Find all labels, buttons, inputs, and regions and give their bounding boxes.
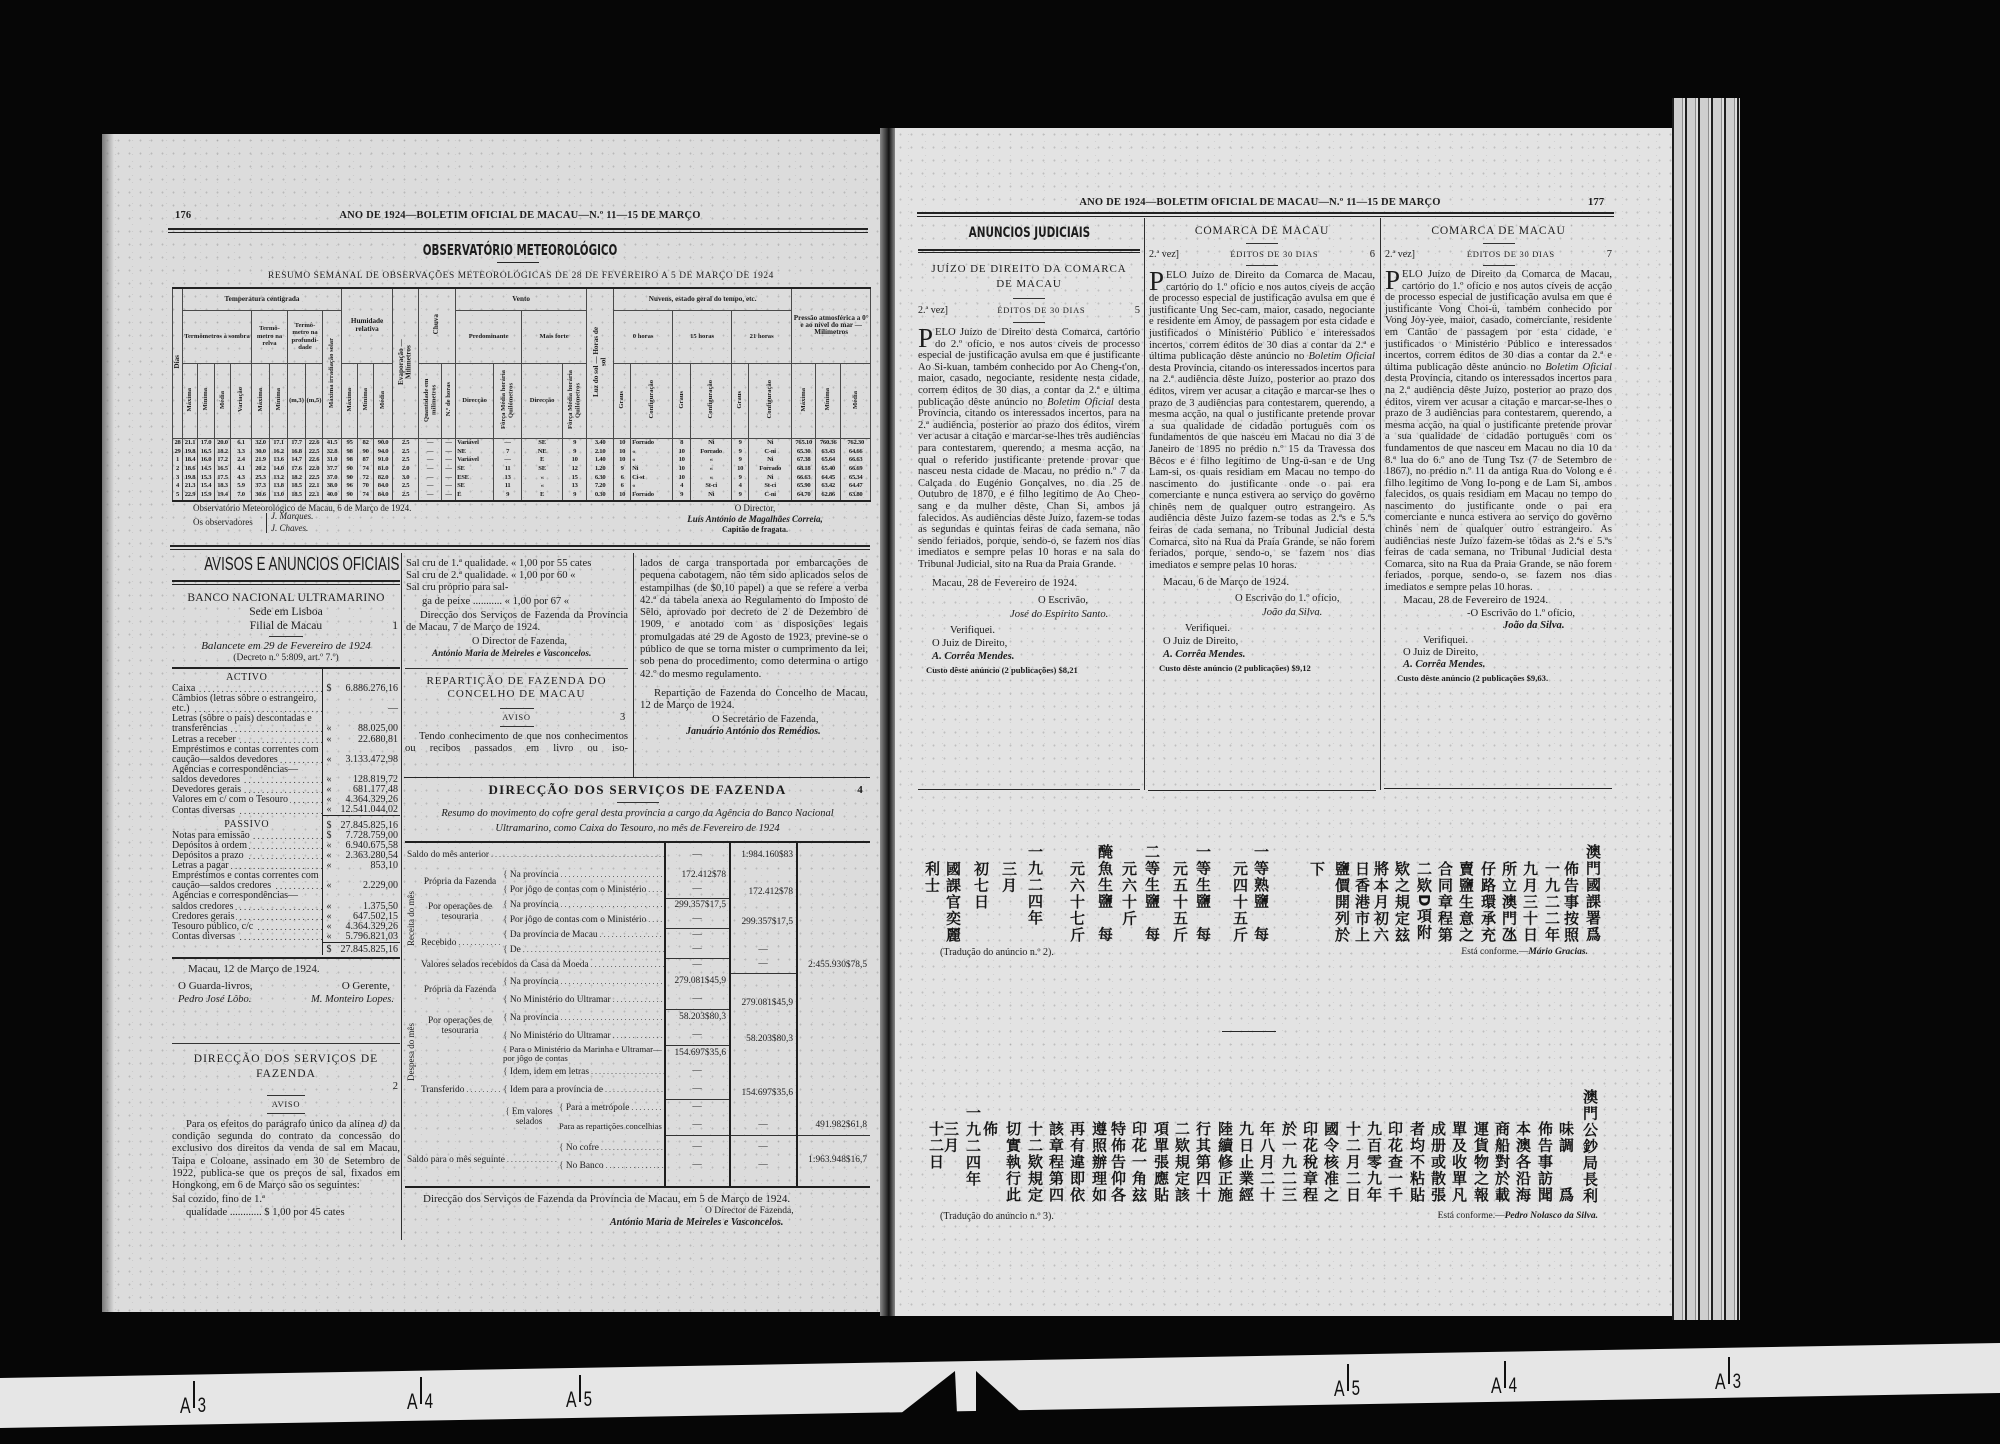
treasury-table: Saldo do mês anterior — 1:984.160$83 Rec… [405,841,870,1188]
chinese-text-column: 三月 [943,1121,959,1154]
header-label: Chuva [433,314,440,334]
meteo-cell: 10 [673,465,691,474]
ledger-label: Empréstimos e contas correntes com cauçã… [172,871,322,891]
meteo-cell: 66.63 [792,474,816,483]
meteo-cell: 12 [563,465,587,474]
ledger-label-text: Valores em c/ com o Tesouro [172,795,290,805]
ledger-label: Depósitos à ordem [172,841,322,851]
meteo-cell: 2.5 [393,491,419,501]
ledger-amount: 1.375,50 [334,891,400,911]
amount-a: — [665,1117,730,1135]
item-label: Da província de Macau [501,928,665,943]
frame-digit: 3 [1732,1374,1740,1390]
place-date: Macau, 28 de Fevereiro de 1924. [918,576,1140,590]
meteo-cell: 94.0 [374,448,393,457]
bookkeeper-name: Pedro José Lôbo. [178,993,251,1006]
header-luz-sol: Luz do sol — Horas de sol [587,288,614,438]
meteo-cell: 65.30 [792,448,816,457]
header-rule [917,212,1614,217]
balance-title: Balancete em 29 de Fevereiro de 1924 [172,640,400,652]
passivo-total: 27.845.825,16 [334,942,400,955]
meteo-cell: « [631,482,673,491]
meteo-cell: St-ci [691,482,732,491]
meteo-cell: 1.40 [587,456,614,465]
meteo-cell: 22.1 [306,491,323,501]
treasury-summary: DIRECÇÃO DOS SERVIÇOS DE FAZENDA 4 Resum… [405,781,870,1229]
certifier-name: Pedro Nolasco da Silva. [1505,1211,1598,1221]
rule [1148,790,1376,791]
court-title: COMARCA DE MACAU [1149,222,1375,240]
treasury-subtitle: Resumo do movimento do cofre geral desta… [405,806,870,841]
frame-digit: 5 [583,1392,591,1408]
meteo-cell: 4 [732,482,749,491]
header-sombra: Termômetros à sombra [183,310,252,363]
meteo-cell: 38.0 [323,482,342,491]
amount-b [730,928,797,943]
meteo-cell: 4.1 [231,465,252,474]
meteo-cell: 96 [342,482,358,491]
signatory-title: O Secretário de Fazenda, [640,714,868,727]
chinese-text-column: 初七日 [973,861,989,911]
chinese-text-column: 二欵D項附 [1416,861,1432,941]
item-label: Por jôgo de contas com o Ministério [501,883,665,898]
notice-body: Tendo conhecimento de que nos conhecimen… [405,731,628,755]
meteo-cell: 2.5 [393,438,419,447]
meteo-cell: 98 [342,456,358,465]
rule [172,957,400,959]
meteo-cell: 90.0 [374,438,393,447]
meteo-cell: « [691,474,732,483]
meteo-cell: 1.20 [587,465,614,474]
certification-line: Está conforme.—Pedro Nolasco da Silva. [1360,1211,1598,1221]
ledger-currency: $ [322,684,334,694]
meteo-cell: 765.10 [792,438,816,447]
meteo-cell: 32.8 [323,448,342,457]
place-date: Repartição de Fazenda do Concelho de Mac… [640,687,868,712]
meteo-cell: 74 [358,491,374,501]
body-emphasis: d) [378,1119,387,1130]
mini-rule [500,708,534,709]
frame-label: A5 [564,1375,593,1408]
chinese-text-column: 三月 [1001,861,1017,894]
ledger-currency: « [322,932,334,943]
chinese-text-column: 印花查一千 [1387,1121,1403,1204]
judicial-notice-5: ANUNCIOS JUDICIAIS JUÍZO DE DIREITO DA C… [918,221,1140,677]
judge-title: O Juiz de Direito, [918,637,1140,650]
meteo-cell: 3.40 [587,438,614,447]
meteo-cell: 20.2 [252,465,270,474]
item-label: Idem para a província de [501,1081,665,1099]
meteo-row: 218.614.516.54.120.214.017.622.037.79074… [173,465,871,474]
ledger-currency: « [322,891,334,911]
bank-place-date: Macau, 12 de Março de 1924. [172,962,400,976]
category-label: Por operações de tesouraria [419,1009,501,1045]
amount-a: 154.697$35,6 [665,1045,730,1063]
amount-b: — [730,1135,797,1161]
body-emphasis: Boletim Oficial [1047,397,1114,408]
meteo-cell: — [442,474,456,483]
notice-body: Para os efeitos do parágrafo único da al… [172,1119,400,1192]
meteo-cell: Forrado [749,465,792,474]
meteo-cell: Variável [456,456,494,465]
amount-c [797,898,870,913]
ledger-label-text: Depósitos a prazo [172,851,246,861]
chinese-text-column: 十二欵規定 [1027,1121,1043,1204]
rule [404,777,870,778]
header-relva: Termô­metro na relva [252,310,288,363]
meteo-cell: 6 [614,474,631,483]
chinese-text-column: 本澳各沿海 [1515,1121,1531,1204]
passivo-rows: Notas para emissão$7.728.759,00Depósitos… [172,831,400,943]
judge-name: A. Corrêa Mendes. [1385,659,1612,671]
meteo-cell: — [419,482,442,491]
header-label: Fôrça Média horária Quilómetros [567,364,582,436]
table-cell [172,942,322,955]
notice-kind-line: AVISO 3 [405,712,628,723]
rule [918,789,1140,790]
chinese-text-column: 一九二四年 [1027,844,1043,927]
notice-meta: 2.ª vez] ÉDITOS DE 30 DIAS 6 [1149,247,1375,262]
director-title: O Director, [655,503,855,514]
meteo-cell: SE [522,438,563,447]
mini-rule [267,1113,305,1114]
amount-a: — [665,883,730,898]
meteo-cell: 9 [732,448,749,457]
ledger-row: Letras (sôbre o país) descontadas e tran… [172,714,400,734]
meteo-cell: 0.30 [587,491,614,501]
signatory-name: Januário António dos Remédios. [640,726,868,738]
ledger-label-text: Letras a pagar [172,861,231,871]
frame-letter: A [1715,1373,1726,1390]
passivo-table: Notas para emissão$7.728.759,00Depósitos… [172,831,400,955]
meteo-cell: 15.3 [198,474,215,483]
ledger-row: Letras a pagar«853,10 [172,861,400,871]
ledger-row: Contas diversas«5.796.821,03 [172,932,400,943]
notice-number: 1 [392,619,398,633]
section-heading: ANUNCIOS JUDICIAIS [918,221,1140,245]
ledger-row: Letras a receber«22.680,81 [172,735,400,745]
ledger-label-text: Empréstimos e contas correntes com cauçã… [172,871,319,891]
meteo-cell: 22.9 [183,491,198,501]
header-label: Máxima [800,388,807,411]
chinese-text-column: 一等熟鹽 每 [1253,844,1269,943]
item-label: Por jôgo de contas com o Ministério [501,913,665,928]
chinese-text-column: 醃魚生鹽 每 [1097,844,1113,943]
ledger-label: Contas diversas [172,805,322,816]
header-label: Graus [736,391,743,409]
table-row: Por operações de tesouraria Na província… [405,1009,870,1027]
body-emphasis: Boletim Oficial [1545,362,1612,373]
header-label: Graus [618,391,625,409]
bank-name: BANCO NACIONAL ULTRAMARINO [172,592,400,605]
amount-b: 1:984.160$83 [730,842,797,868]
ledger-label: Credores gerais [172,912,322,922]
translation-caption: (Tradução do anúncio n.º 2). [940,947,1054,958]
body-text: desta Província, citando os interessados… [1385,373,1612,593]
amount-c [797,1045,870,1063]
ledger-label: Depósitos a prazo [172,851,322,861]
frame-letter: A [1491,1377,1502,1394]
header-variacao: Variação [231,363,252,438]
chinese-text-column: 特佈告仰各 [1110,1121,1126,1204]
meteo-cell: — [419,448,442,457]
ledger-label: Valores em c/ com o Tesouro [172,795,322,805]
ledger-label: Letras a pagar [172,861,322,871]
header-label: Mínima [202,388,209,410]
chinese-text-column: 元五十五斤 [1172,861,1188,944]
mini-rule [500,726,534,727]
amount-c [797,1027,870,1045]
meteo-cell: C-ni [749,491,792,501]
meteo-row: 118.416.017.22.421.913.614.722.631.09887… [173,456,871,465]
meteo-cell: 16.5 [215,465,231,474]
meteo-cell: 21.9 [252,456,270,465]
header-chuva-qtd: Quantidade em milímetros [419,363,442,438]
mini-rule [267,1095,305,1096]
chinese-text-column: 澳門國課署爲 [1585,844,1601,943]
header-label: Mínima [275,388,282,410]
meteo-cell: 82 [358,438,374,447]
price-line: Sal cru próprio para sal- [406,582,628,594]
item-label: No Ministério do Ultramar [501,1027,665,1045]
notice-meta: 2.ª vez] ÉDITOS DE 30 DIAS 7 [1385,247,1612,262]
chinese-text-column: 年八月二十 [1259,1121,1275,1204]
meteo-cell: 760.36 [816,438,841,447]
amount-a: — [665,1099,730,1117]
meteo-cell: Ni [749,474,792,483]
notice-body: lados de carga transportada por embarcaç… [640,558,868,681]
film-strip [0,1330,2000,1444]
item-label: No cofre [557,1135,665,1161]
meteo-row: 2821.117.020.06.132.017.117.722.641.5958… [173,438,871,447]
ledger-currency: « [322,745,334,765]
ledger-label: Contas diversas [172,932,322,943]
chinese-text-column: 鹽價開列於 [1334,861,1350,944]
item-label: Na província [501,973,665,991]
meteo-cell: 95 [342,438,358,447]
drop-cap: P [918,328,933,349]
meteo-cell: 7.20 [587,482,614,491]
ledger-heading-row: ACTIVO [172,669,400,684]
chinese-text-column: 一九二二年 [1544,861,1560,944]
meteo-cell: 10 [673,448,691,457]
ledger-label-text: Tesouro público, c/c [172,922,255,932]
ledger-label-text: Letras a receber [172,735,238,745]
meteo-cell: 1 [173,456,183,465]
amount-c [797,1081,870,1099]
header-configuracao: Configuração [691,363,732,438]
meteo-cell: SE [522,465,563,474]
publication-count: 2.ª vez] [918,303,948,319]
meteo-cell: 63.80 [841,491,871,501]
meteo-cell: 19.8 [183,448,198,457]
ledger-currency: « [322,861,334,871]
meteo-cell: 17.1 [270,438,288,447]
meteo-cell: 98 [342,448,358,457]
meteo-cell: 90 [342,491,358,501]
header-dias: Dias [173,288,183,438]
clerk-name: José do Espírito Santo. [918,608,1140,621]
meteo-cell: 19.8 [183,474,198,483]
amount-c [797,913,870,928]
meteo-cell: 10 [563,456,587,465]
meteo-cell: 2 [173,465,183,474]
treasury-title-line: DIRECÇÃO DOS SERVIÇOS DE FAZENDA 4 [405,781,870,799]
amount-b: — [730,1117,797,1135]
ledger-currency: « [322,714,334,734]
meteo-row: 319.815.317.54.325.313.218.222.537.09072… [173,474,871,483]
ledger-label: Tesouro público, c/c [172,922,322,932]
total-currency: $ [322,942,334,955]
page-number: 176 [175,210,191,221]
meteo-cell: 81.0 [374,465,393,474]
ledger-row: Agências e correspondências—saldos deved… [172,765,400,785]
header-media: Média [374,363,393,438]
ledger-label-text: Contas diversas [172,932,237,943]
clerk-name: João da Silva. [1149,606,1375,619]
meteo-cell: 4 [673,482,691,491]
amount-a: — [665,913,730,928]
meteo-cell: Ni [749,456,792,465]
mini-rule [1483,265,1515,266]
meteo-cell: 18.5 [288,482,306,491]
mini-rule [617,802,659,803]
header-prof-5: (m,5) [306,363,323,438]
amount-b [730,868,797,883]
meteo-cell: 18.2 [288,474,306,483]
frame-letter: A [566,1391,577,1408]
header-nuvens-21h: 21 horas [732,310,792,363]
amount-c [797,883,870,898]
frame-label: A3 [1713,1357,1742,1390]
clerk-name: João da Silva. [1385,620,1612,632]
meteo-cell: 13 [494,474,522,483]
meteo-cell: E [456,491,494,501]
mini-rule [1013,322,1045,323]
meteo-cell: ESE [456,474,494,483]
amount-b: 172.412$78 [730,883,797,898]
meteo-cell: « [522,474,563,483]
ledger-label-text: Câmbios (letras sôbre o estrangeiro, etc… [172,694,316,714]
meteo-cell: 8 [673,438,691,447]
price-line: Sal cru de 1.ª qualidade. « 1,00 por 55 … [406,558,628,570]
amount-a: — [665,842,730,868]
header-rule [168,228,868,233]
chinese-text-column: 國令核准之 [1323,1121,1339,1204]
header-vento: Vento [456,288,587,310]
category-label: Por operações de tesouraria [419,898,501,928]
chinese-text-column: 味調 爲 [1558,1121,1574,1204]
table-row: Saldo para o mês seguinte No cofre — — 1… [405,1135,870,1161]
meteo-cell: 2.5 [393,448,419,457]
notice-number: 7 [1607,248,1612,262]
amount-c [797,1063,870,1081]
notice-number: 6 [1370,248,1375,262]
judge-title: O Juiz de Direito, [1149,635,1375,648]
chinese-text-column: 切實執行此 [1005,1121,1021,1204]
ledger-currency: « [322,735,334,745]
ledger-amount: 88.025,00 [334,714,400,734]
frame-bar [1728,1357,1730,1384]
body-emphasis: Boletim Oficial [1308,351,1375,362]
place-date: Direcção dos Serviços de Fazenda da Prov… [406,610,628,634]
meteo-cell: St-ci [749,482,792,491]
header-maxima: Máxima [252,363,270,438]
meteo-cell: 2.10 [587,448,614,457]
chinese-text-column: 九日止業經 [1238,1121,1254,1204]
header-label: Quantidade em milímetros [423,364,438,436]
decree-ref: (Decreto n.º 5:809, art.º 7.º) [172,652,400,664]
header-temperatura: Temperatura centigrada [183,288,342,310]
drop-cap: P [1149,271,1164,292]
ledger-label: Câmbios (letras sôbre o estrangeiro, etc… [172,694,322,714]
amount-a: — [665,991,730,1009]
meteo-cell: SE [456,465,494,474]
meteo-cell: 17.0 [198,438,215,447]
group-label: Receita do mês [407,891,417,946]
separator-rule [1222,1031,1276,1032]
meteo-cell: 21.3 [183,482,198,491]
header-label: Evaporação — Milímetros [398,326,413,398]
manager-title: O Gerente, [342,979,390,993]
header-maxima: Máxima [183,363,198,438]
signatory-title: O Director de Fazenda, [405,1206,870,1217]
ledger-row: Câmbios (letras sôbre o estrangeiro, etc… [172,694,400,714]
meteo-cell: 9 [494,491,522,501]
header-minima: Mínima [270,363,288,438]
sub-category-label: Em valores selados [501,1099,557,1135]
meteo-cell: 65.64 [816,456,841,465]
ledger-label-text: Devedores gerais [172,785,243,795]
meteo-cell: 13.0 [270,491,288,501]
meteo-cell: « [522,482,563,491]
meteo-cell: « [691,456,732,465]
meteo-cell: 6.1 [231,438,252,447]
meteo-cell: 10 [614,456,631,465]
amount-b [730,1063,797,1081]
header-graus: Graus [732,363,749,438]
header-label: Configuração [707,380,714,418]
meteo-cell: 9 [673,491,691,501]
header-pressao: Pressão atmosférica a 0° e ao nível do m… [792,288,871,363]
bank-notice: BANCO NACIONAL ULTRAMARINO Sede em Lisbo… [172,592,400,1006]
meteo-cell: 66.69 [841,465,871,474]
meteo-cell: 91.0 [374,456,393,465]
amount-b: 154.697$35,6 [730,1081,797,1099]
meteo-cell: 68.18 [792,465,816,474]
meteo-cell: 4.3 [231,474,252,483]
ledger-label-text: Credores gerais [172,912,236,922]
mini-rule [269,636,303,637]
frame-bar [420,1377,422,1404]
column-divider [1144,218,1145,790]
ledger-label-text: Agências e correspondências—saldos deved… [172,765,298,785]
meteo-cell: 18.4 [183,456,198,465]
header-chuva: Chuva [419,288,456,363]
amount-a: — [665,1081,730,1099]
meteo-cell: 22.1 [306,482,323,491]
meteo-cell: 9 [614,465,631,474]
header-configuracao: Configuração [749,363,792,438]
meteo-cell: 9 [563,448,587,457]
meteo-cell: 37.3 [252,482,270,491]
meteo-cell: — [419,491,442,501]
meteo-cell: 18.3 [215,482,231,491]
meteo-cell: 18.2 [215,448,231,457]
ledger-amount: 2.229,00 [334,871,400,891]
judicial-notice-7: COMARCA DE MACAU 2.ª vez] ÉDITOS DE 30 D… [1385,222,1612,685]
column-divider [401,553,402,1240]
